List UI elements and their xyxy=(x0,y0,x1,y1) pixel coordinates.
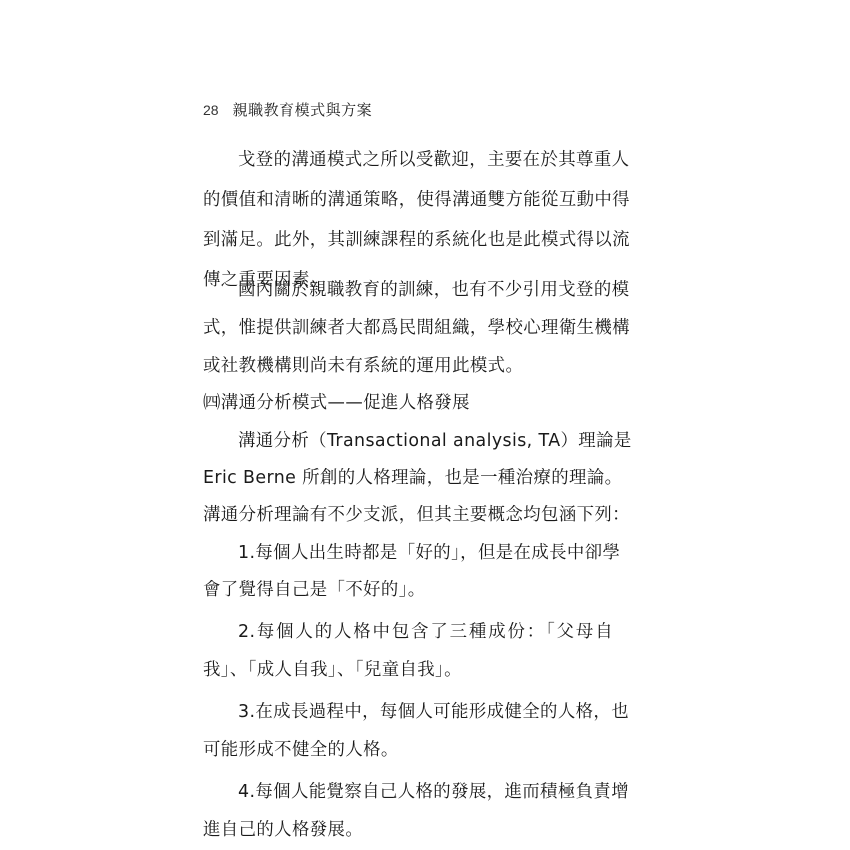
paragraph-line: Eric Berne 所創的人格理論，也是一種治療的理論。 xyxy=(203,463,613,493)
page-number: 28 xyxy=(203,100,219,120)
list-item-1-cont: 會了覺得自己是「不好的」。 xyxy=(203,575,613,605)
paragraph-line: 戈登的溝通模式之所以受歡迎，主要在於其尊重人 xyxy=(238,145,613,175)
list-item-4: 4.每個人能覺察自己人格的發展，進而積極負責增 xyxy=(238,777,613,807)
list-item-2: 2.每個人的人格中包含了三種成份：「父母自 xyxy=(238,617,613,647)
list-item-4-cont: 進自己的人格發展。 xyxy=(203,815,613,845)
section-heading: ㈣溝通分析模式——促進人格發展 xyxy=(203,388,613,418)
paragraph-line: 到滿足。此外，其訓練課程的系統化也是此模式得以流 xyxy=(203,225,613,255)
running-header: 28 親職教育模式與方案 xyxy=(203,100,372,120)
paragraph-line: 溝通分析理論有不少支派，但其主要概念均包涵下列： xyxy=(203,500,613,530)
running-title: 親職教育模式與方案 xyxy=(233,100,373,120)
paragraph-line: 或社教機構則尚未有系統的運用此模式。 xyxy=(203,351,613,381)
paragraph-line: 國內關於親職教育的訓練，也有不少引用戈登的模 xyxy=(238,275,613,305)
list-item-2-cont: 我」、「成人自我」、「兒童自我」。 xyxy=(203,655,613,685)
paragraph-line: 式，惟提供訓練者大都爲民間組織，學校心理衛生機構 xyxy=(203,313,613,343)
list-item-3-cont: 可能形成不健全的人格。 xyxy=(203,735,613,765)
paragraph-line: 的價值和清晰的溝通策略，使得溝通雙方能從互動中得 xyxy=(203,185,613,215)
list-item-1: 1.每個人出生時都是「好的」，但是在成長中卻學 xyxy=(238,538,613,568)
list-item-3: 3.在成長過程中，每個人可能形成健全的人格，也 xyxy=(238,697,613,727)
paragraph-line: 溝通分析（Transactional analysis, TA）理論是 xyxy=(238,426,613,456)
